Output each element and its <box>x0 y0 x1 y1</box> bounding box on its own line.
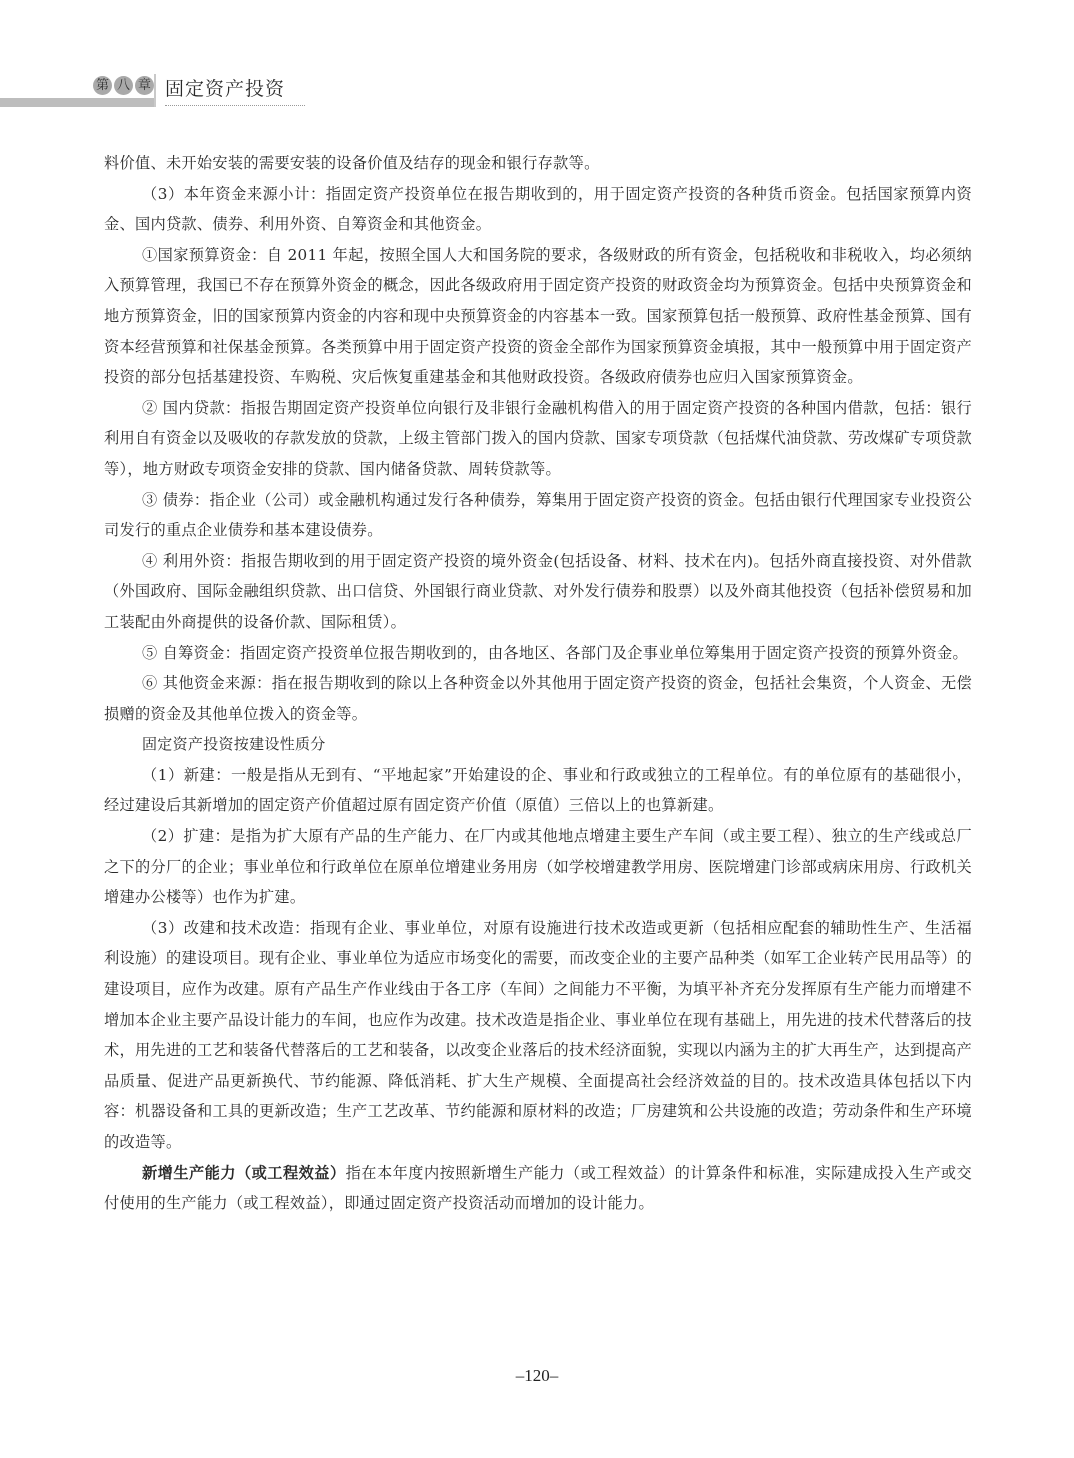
paragraph: （1）新建：一般是指从无到有、“平地起家”开始建设的企、事业和行政或独立的工程单… <box>104 760 972 821</box>
chapter-title: 固定资产投资 <box>165 74 305 106</box>
paragraph: ⑤ 自筹资金：指固定资产投资单位报告期收到的，由各地区、各部门及企事业单位筹集用… <box>104 638 972 669</box>
chapter-badge: 第 八 章 <box>93 76 154 95</box>
paragraph: ② 国内贷款：指报告期固定资产投资单位向银行及非银行金融机构借入的用于固定资产投… <box>104 393 972 485</box>
chapter-char: 章 <box>135 76 154 95</box>
page-body: 料价值、未开始安装的需要安装的设备价值及结存的现金和银行存款等。 （3）本年资金… <box>104 148 972 1219</box>
header-divider <box>154 74 156 107</box>
definition-paragraph: 新增生产能力（或工程效益）指在本年度内按照新增生产能力（或工程效益）的计算条件和… <box>104 1158 972 1219</box>
paragraph: 料价值、未开始安装的需要安装的设备价值及结存的现金和银行存款等。 <box>104 148 972 179</box>
section-heading: 固定资产投资按建设性质分 <box>104 729 972 760</box>
paragraph: ④ 利用外资：指报告期收到的用于固定资产投资的境外资金(包括设备、材料、技术在内… <box>104 546 972 638</box>
paragraph: ①国家预算资金：自 2011 年起，按照全国人大和国务院的要求，各级财政的所有资… <box>104 240 972 393</box>
running-header: 第 八 章 固定资产投资 <box>0 72 320 112</box>
paragraph: （3）改建和技术改造：指现有企业、事业单位，对原有设施进行技术改造或更新（包括相… <box>104 913 972 1158</box>
paragraph: ③ 债券：指企业（公司）或金融机构通过发行各种债券，筹集用于固定资产投资的资金。… <box>104 485 972 546</box>
header-bar <box>0 98 156 107</box>
chapter-char: 第 <box>93 76 112 95</box>
paragraph: （2）扩建：是指为扩大原有产品的生产能力、在厂内或其他地点增建主要生产车间（或主… <box>104 821 972 913</box>
chapter-char: 八 <box>114 76 133 95</box>
page-number: –120– <box>0 1366 1074 1386</box>
paragraph: （3）本年资金来源小计：指固定资产投资单位在报告期收到的，用于固定资产投资的各种… <box>104 179 972 240</box>
paragraph: ⑥ 其他资金来源：指在报告期收到的除以上各种资金以外其他用于固定资产投资的资金，… <box>104 668 972 729</box>
defined-term: 新增生产能力（或工程效益） <box>142 1164 346 1182</box>
